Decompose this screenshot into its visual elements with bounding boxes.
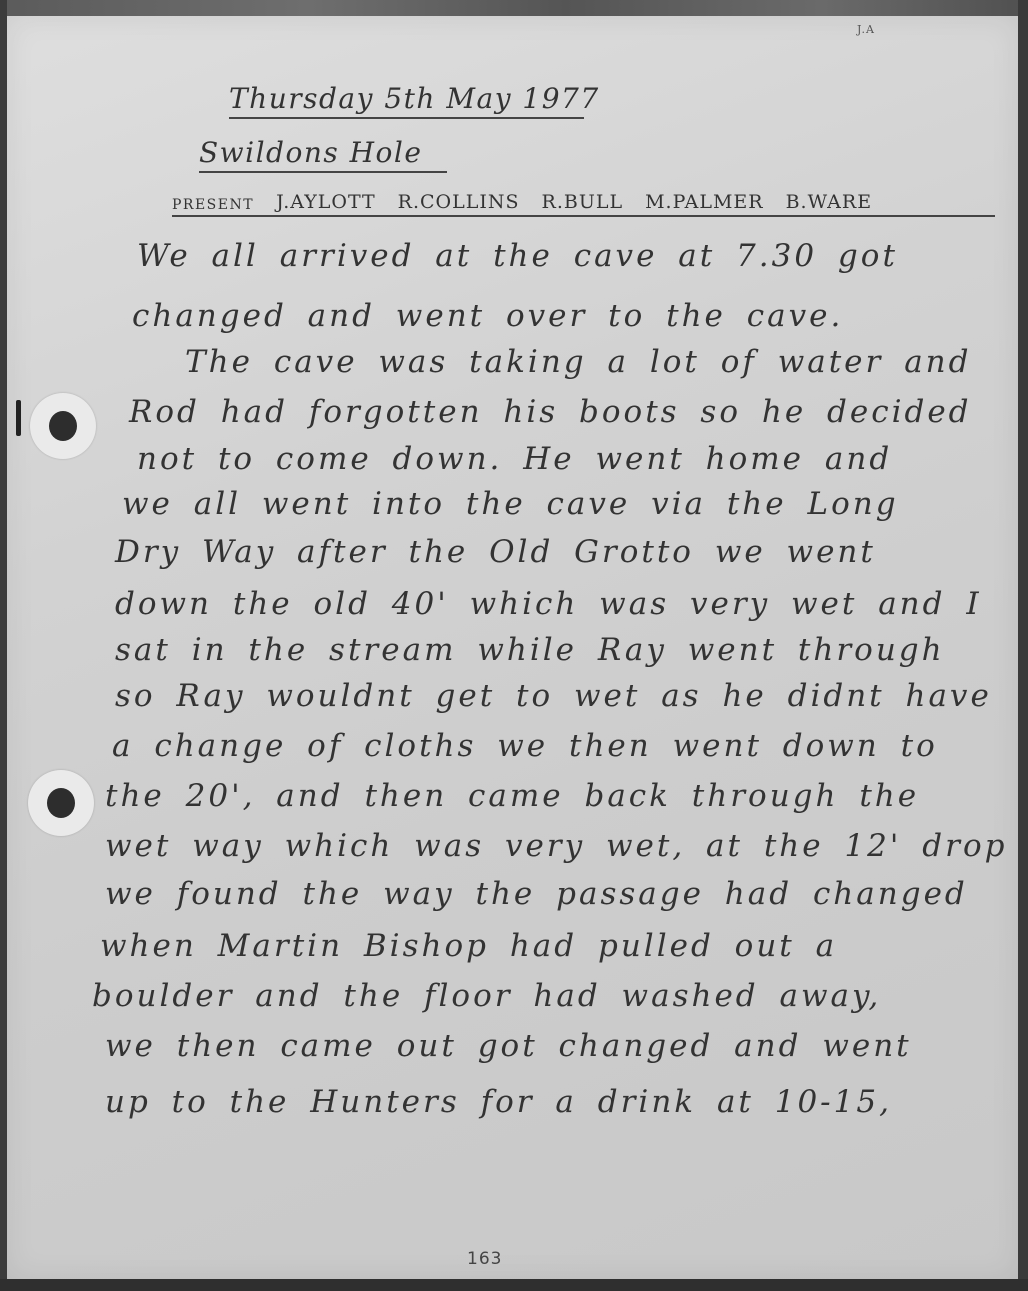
body-line: The cave was taking a lot of water and	[185, 344, 971, 380]
present-label: PRESENT	[172, 197, 254, 213]
body-line: sat in the stream while Ray went through	[115, 632, 945, 668]
body-line: so Ray wouldnt get to wet as he didnt ha…	[115, 678, 992, 714]
attendee-name: R.BULL	[542, 191, 624, 213]
body-line: we found the way the passage had changed	[105, 876, 968, 912]
body-line: we all went into the cave via the Long	[122, 486, 899, 522]
body-line: not to come down. He went home and	[137, 441, 892, 477]
background-surface-left	[0, 0, 7, 1291]
body-line: Dry Way after the Old Grotto we went	[115, 534, 876, 570]
author-initials: J.A	[857, 23, 875, 36]
body-line: a change of cloths we then went down to	[112, 728, 938, 764]
location-heading: Swildons Hole	[199, 136, 447, 173]
attendee-name: B.WARE	[786, 191, 872, 213]
log-page: J.A Thursday 5th May 1977 Swildons Hole …	[7, 16, 1018, 1279]
body-line: wet way which was very wet, at the 12' d…	[105, 828, 1007, 864]
body-line: Rod had forgotten his boots so he decide…	[129, 394, 972, 430]
body-line: when Martin Bishop had pulled out a	[100, 928, 837, 964]
attendee-name: M.PALMER	[645, 191, 764, 213]
body-line: changed and went over to the cave.	[132, 298, 843, 334]
punch-hole-reinforcement-lower	[28, 770, 94, 836]
body-line: We all arrived at the cave at 7.30 got	[137, 238, 898, 274]
date-heading: Thursday 5th May 1977	[229, 82, 584, 119]
punch-hole-reinforcement-upper	[30, 393, 96, 459]
background-surface-right	[1018, 0, 1028, 1291]
attendee-name: J.AYLOTT	[276, 191, 376, 213]
body-line: the 20', and then came back through the	[105, 778, 919, 814]
background-surface-bottom	[0, 1279, 1028, 1291]
attendees-line: PRESENT J.AYLOTT R.COLLINS R.BULL M.PALM…	[172, 191, 995, 217]
body-line: up to the Hunters for a drink at 10-15,	[105, 1084, 892, 1120]
attendee-name: R.COLLINS	[398, 191, 520, 213]
body-line: down the old 40' which was very wet and …	[115, 586, 982, 622]
body-line: boulder and the floor had washed away,	[92, 978, 881, 1014]
body-line: we then came out got changed and went	[105, 1028, 912, 1064]
page-number: 163	[467, 1249, 502, 1269]
margin-pen-mark	[16, 400, 21, 436]
